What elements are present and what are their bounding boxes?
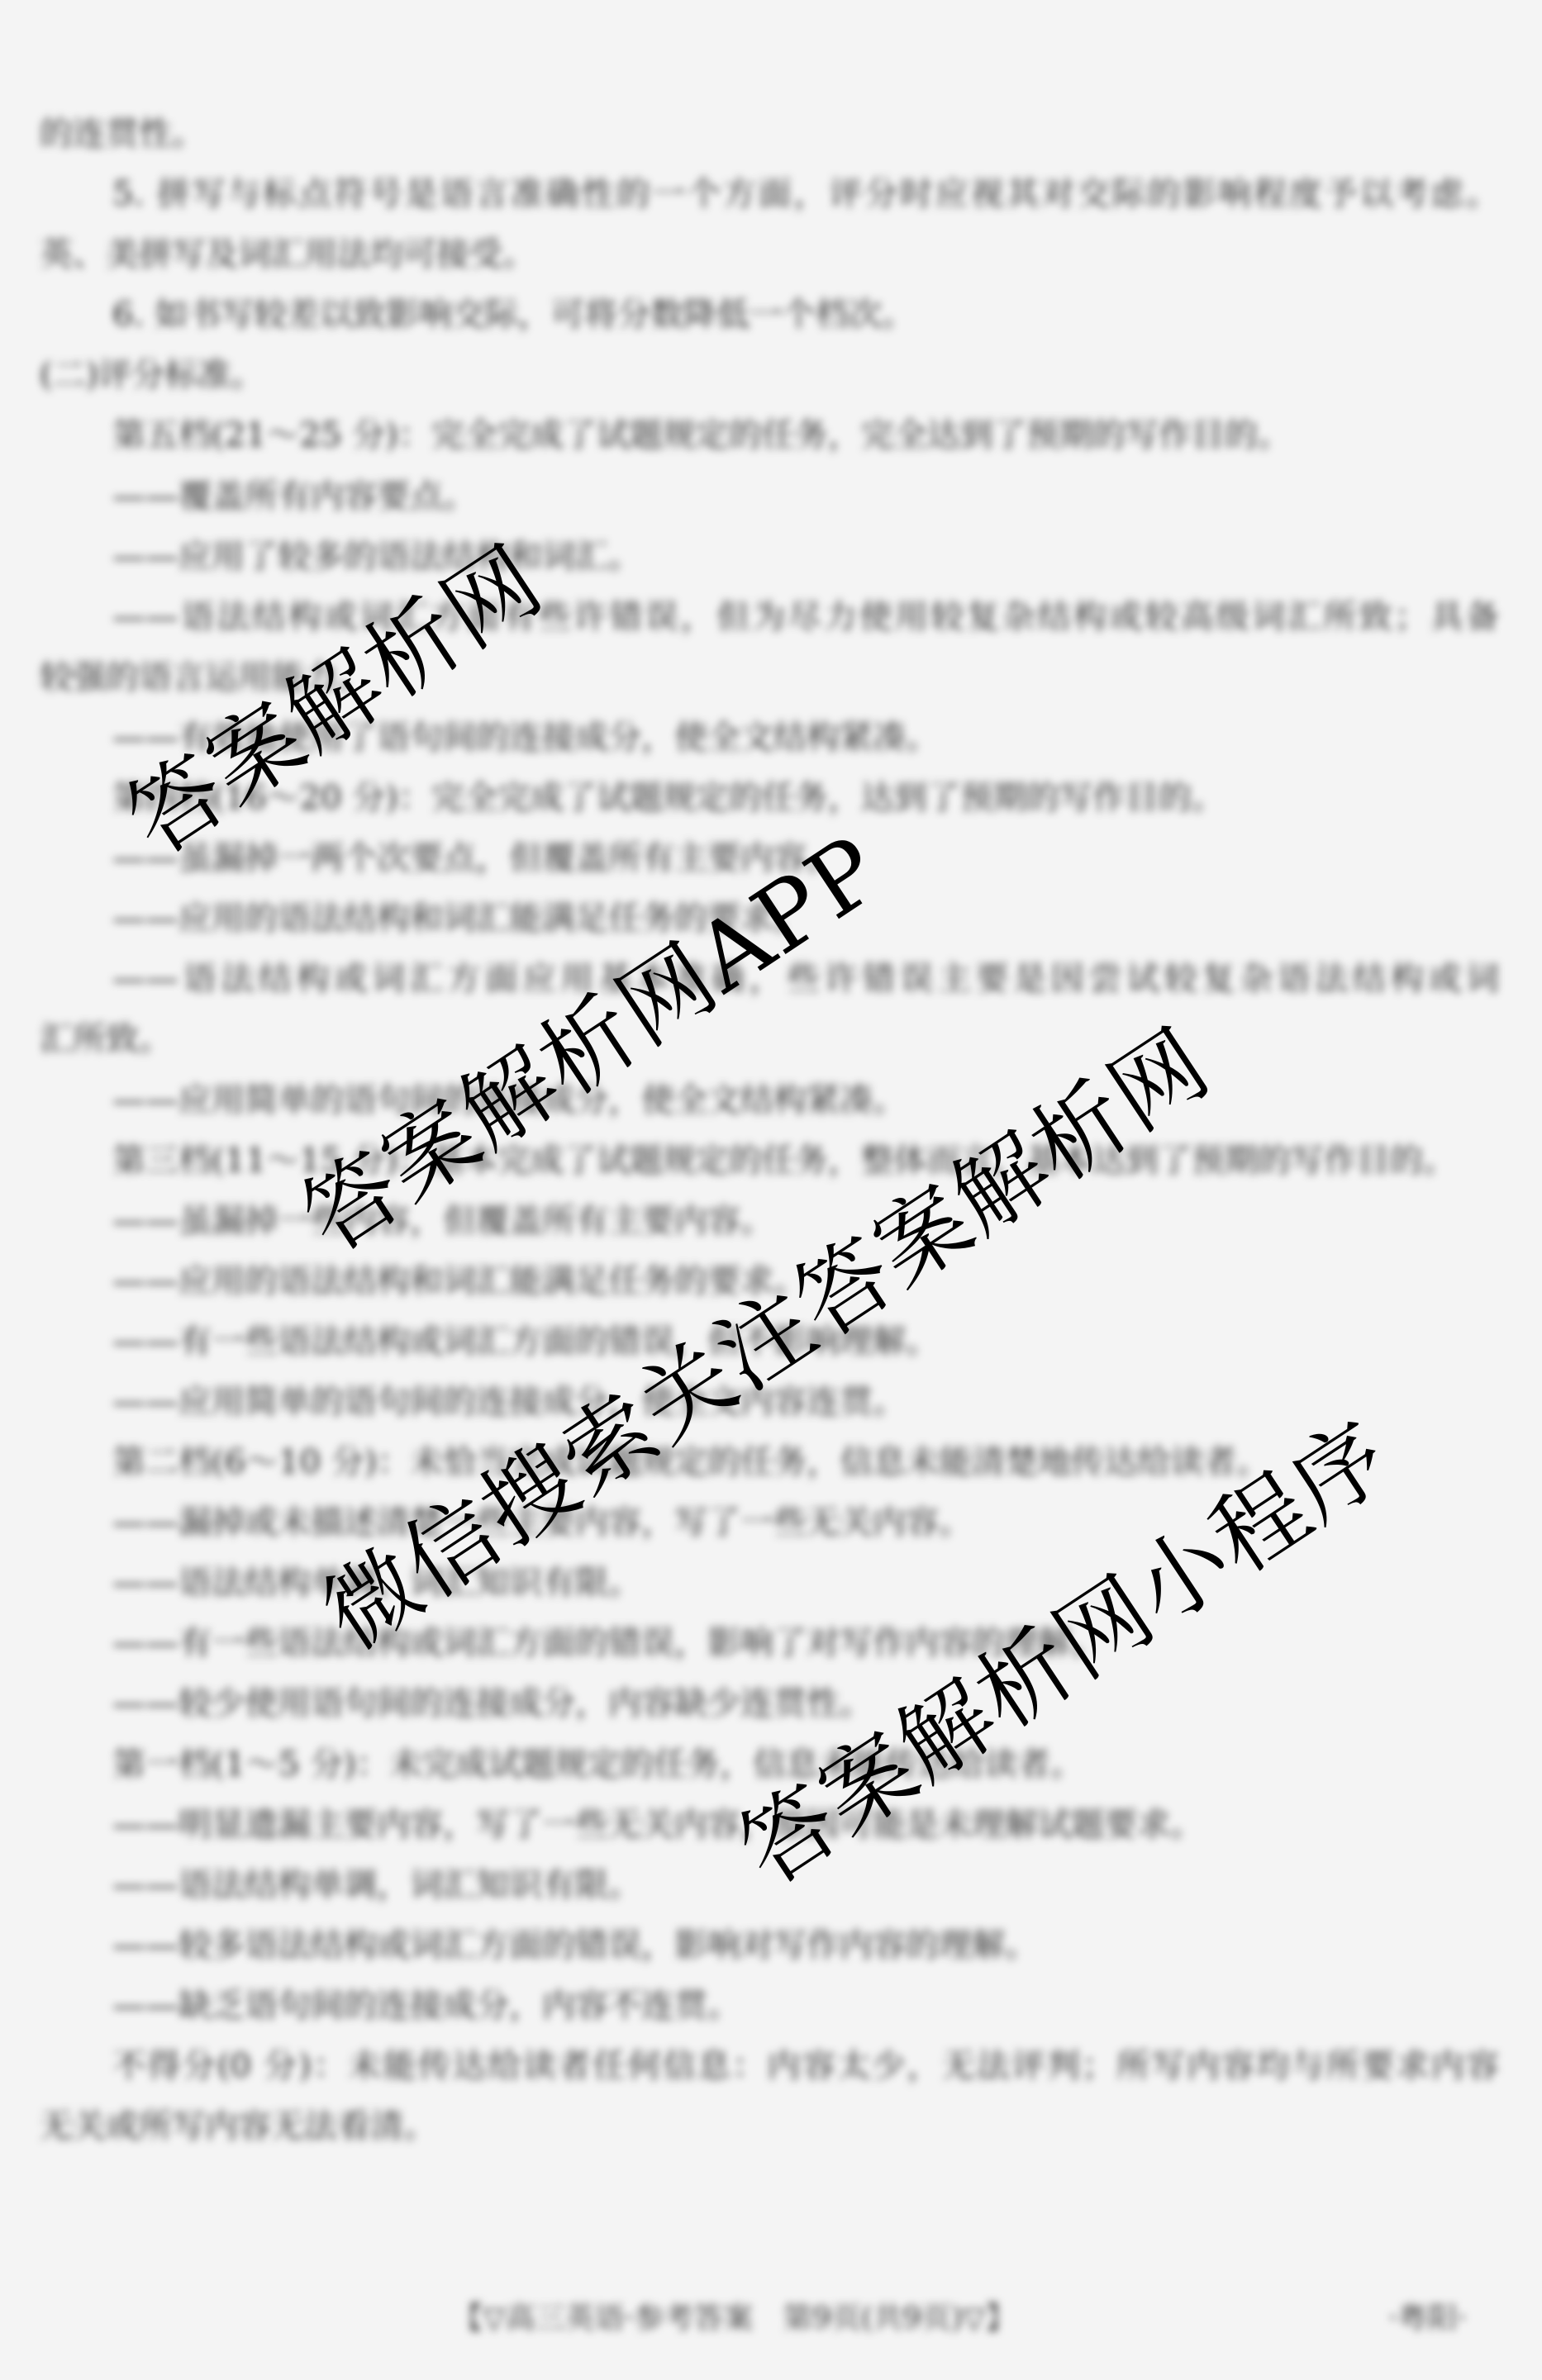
text-line: ——有一些语法结构或词汇方面的错误，影响了对写作内容的理解。 <box>40 1613 1499 1674</box>
text-line: ——语法结构单调，词汇知识有限。 <box>40 1855 1499 1916</box>
text-line: 6. 如书写较差以致影响交际，可将分数降低一个档次。 <box>40 285 1499 345</box>
text-line: ——缺乏语句间的连接成分，内容不连贯。 <box>40 1976 1499 2036</box>
text-line: 第一档(1～5 分)：未完成试题规定的任务，信息未能传达给读者。 <box>40 1735 1499 1795</box>
text-line: ——应用的语法结构和词汇能满足任务的要求。 <box>40 1252 1499 1312</box>
text-line: 第四档(16～20 分)：完全完成了试题规定的任务，达到了预期的写作目的。 <box>40 768 1499 829</box>
page-footer-label: 【▽高三英语·参考答案 第9页(共9页)▽】 <box>453 2301 1016 2337</box>
text-line: ——应用简单的语句间的连接成分，使全文结构紧凑。 <box>40 1071 1499 1131</box>
text-line: ——覆盖所有内容要点。 <box>40 467 1499 527</box>
text-line: ——语法结构单调、词汇知识有限。 <box>40 1553 1499 1613</box>
text-line: ——语法结构或词汇方面应用基本准确，些许错误主要是因尝试较复杂语法结构或词 <box>40 949 1499 1009</box>
text-line: (二)评分标准。 <box>40 345 1499 406</box>
text-line: 汇所致。 <box>40 1009 1499 1070</box>
document-body: 的连贯性。5. 拼写与标点符号是语言准确性的一个方面，评分时应视其对交际的影响程… <box>40 104 1499 2157</box>
text-line: ——较少使用语句间的连接成分，内容缺少连贯性。 <box>40 1674 1499 1734</box>
text-line: 不得分(0 分)：未能传达给读者任何信息：内容太少，无法评判；所写内容均与所要求… <box>40 2036 1499 2097</box>
text-line: 的连贯性。 <box>40 104 1499 164</box>
text-line: ——有效地使用了语句间的连接成分，使全文结构紧凑。 <box>40 708 1499 768</box>
text-line: 英、美拼写及词汇用法均可接受。 <box>40 225 1499 285</box>
page-footer-code: ·粤阳· <box>1388 2301 1467 2337</box>
text-line: 5. 拼写与标点符号是语言准确性的一个方面，评分时应视其对交际的影响程度予以考虑… <box>40 164 1499 225</box>
text-line: 第二档(6～10 分)：未恰当完成试题规定的任务，信息未能清楚地传达给读者。 <box>40 1432 1499 1493</box>
text-line: ——较多语法结构或词汇方面的错误，影响对写作内容的理解。 <box>40 1916 1499 1976</box>
text-line: ——语法结构或词汇方面有些许错误，但为尽力使用较复杂结构或较高级词汇所致；具备 <box>40 587 1499 648</box>
text-line: ——有一些语法结构或词汇方面的错误，但不影响理解。 <box>40 1312 1499 1372</box>
document-page: 的连贯性。5. 拼写与标点符号是语言准确性的一个方面，评分时应视其对交际的影响程… <box>0 0 1542 2380</box>
text-line: ——虽漏掉一些内容，但覆盖所有主要内容。 <box>40 1191 1499 1252</box>
text-line: ——应用了较多的语法结构和词汇。 <box>40 527 1499 587</box>
text-line: ——应用简单的语句间的连接成分，使全文内容连贯。 <box>40 1372 1499 1432</box>
text-line: 较强的语言运用能力。 <box>40 648 1499 708</box>
text-line: ——虽漏掉一两个次要点，但覆盖所有主要内容。 <box>40 829 1499 889</box>
text-line: 第五档(21～25 分)：完全完成了试题规定的任务，完全达到了预期的写作目的。 <box>40 406 1499 466</box>
text-line: ——明显遗漏主要内容，写了一些无关内容，原因可能是未理解试题要求。 <box>40 1795 1499 1855</box>
text-line: ——应用的语法结构和词汇能满足任务的要求。 <box>40 889 1499 949</box>
text-line: 第三档(11～15 分)：基本完成了试题规定的任务，整体而言，基本达到了预期的写… <box>40 1131 1499 1191</box>
text-line: ——漏掉或未描述清楚一些主要内容，写了一些无关内容。 <box>40 1493 1499 1553</box>
text-line: 无关或所写内容无法看清。 <box>40 2097 1499 2157</box>
